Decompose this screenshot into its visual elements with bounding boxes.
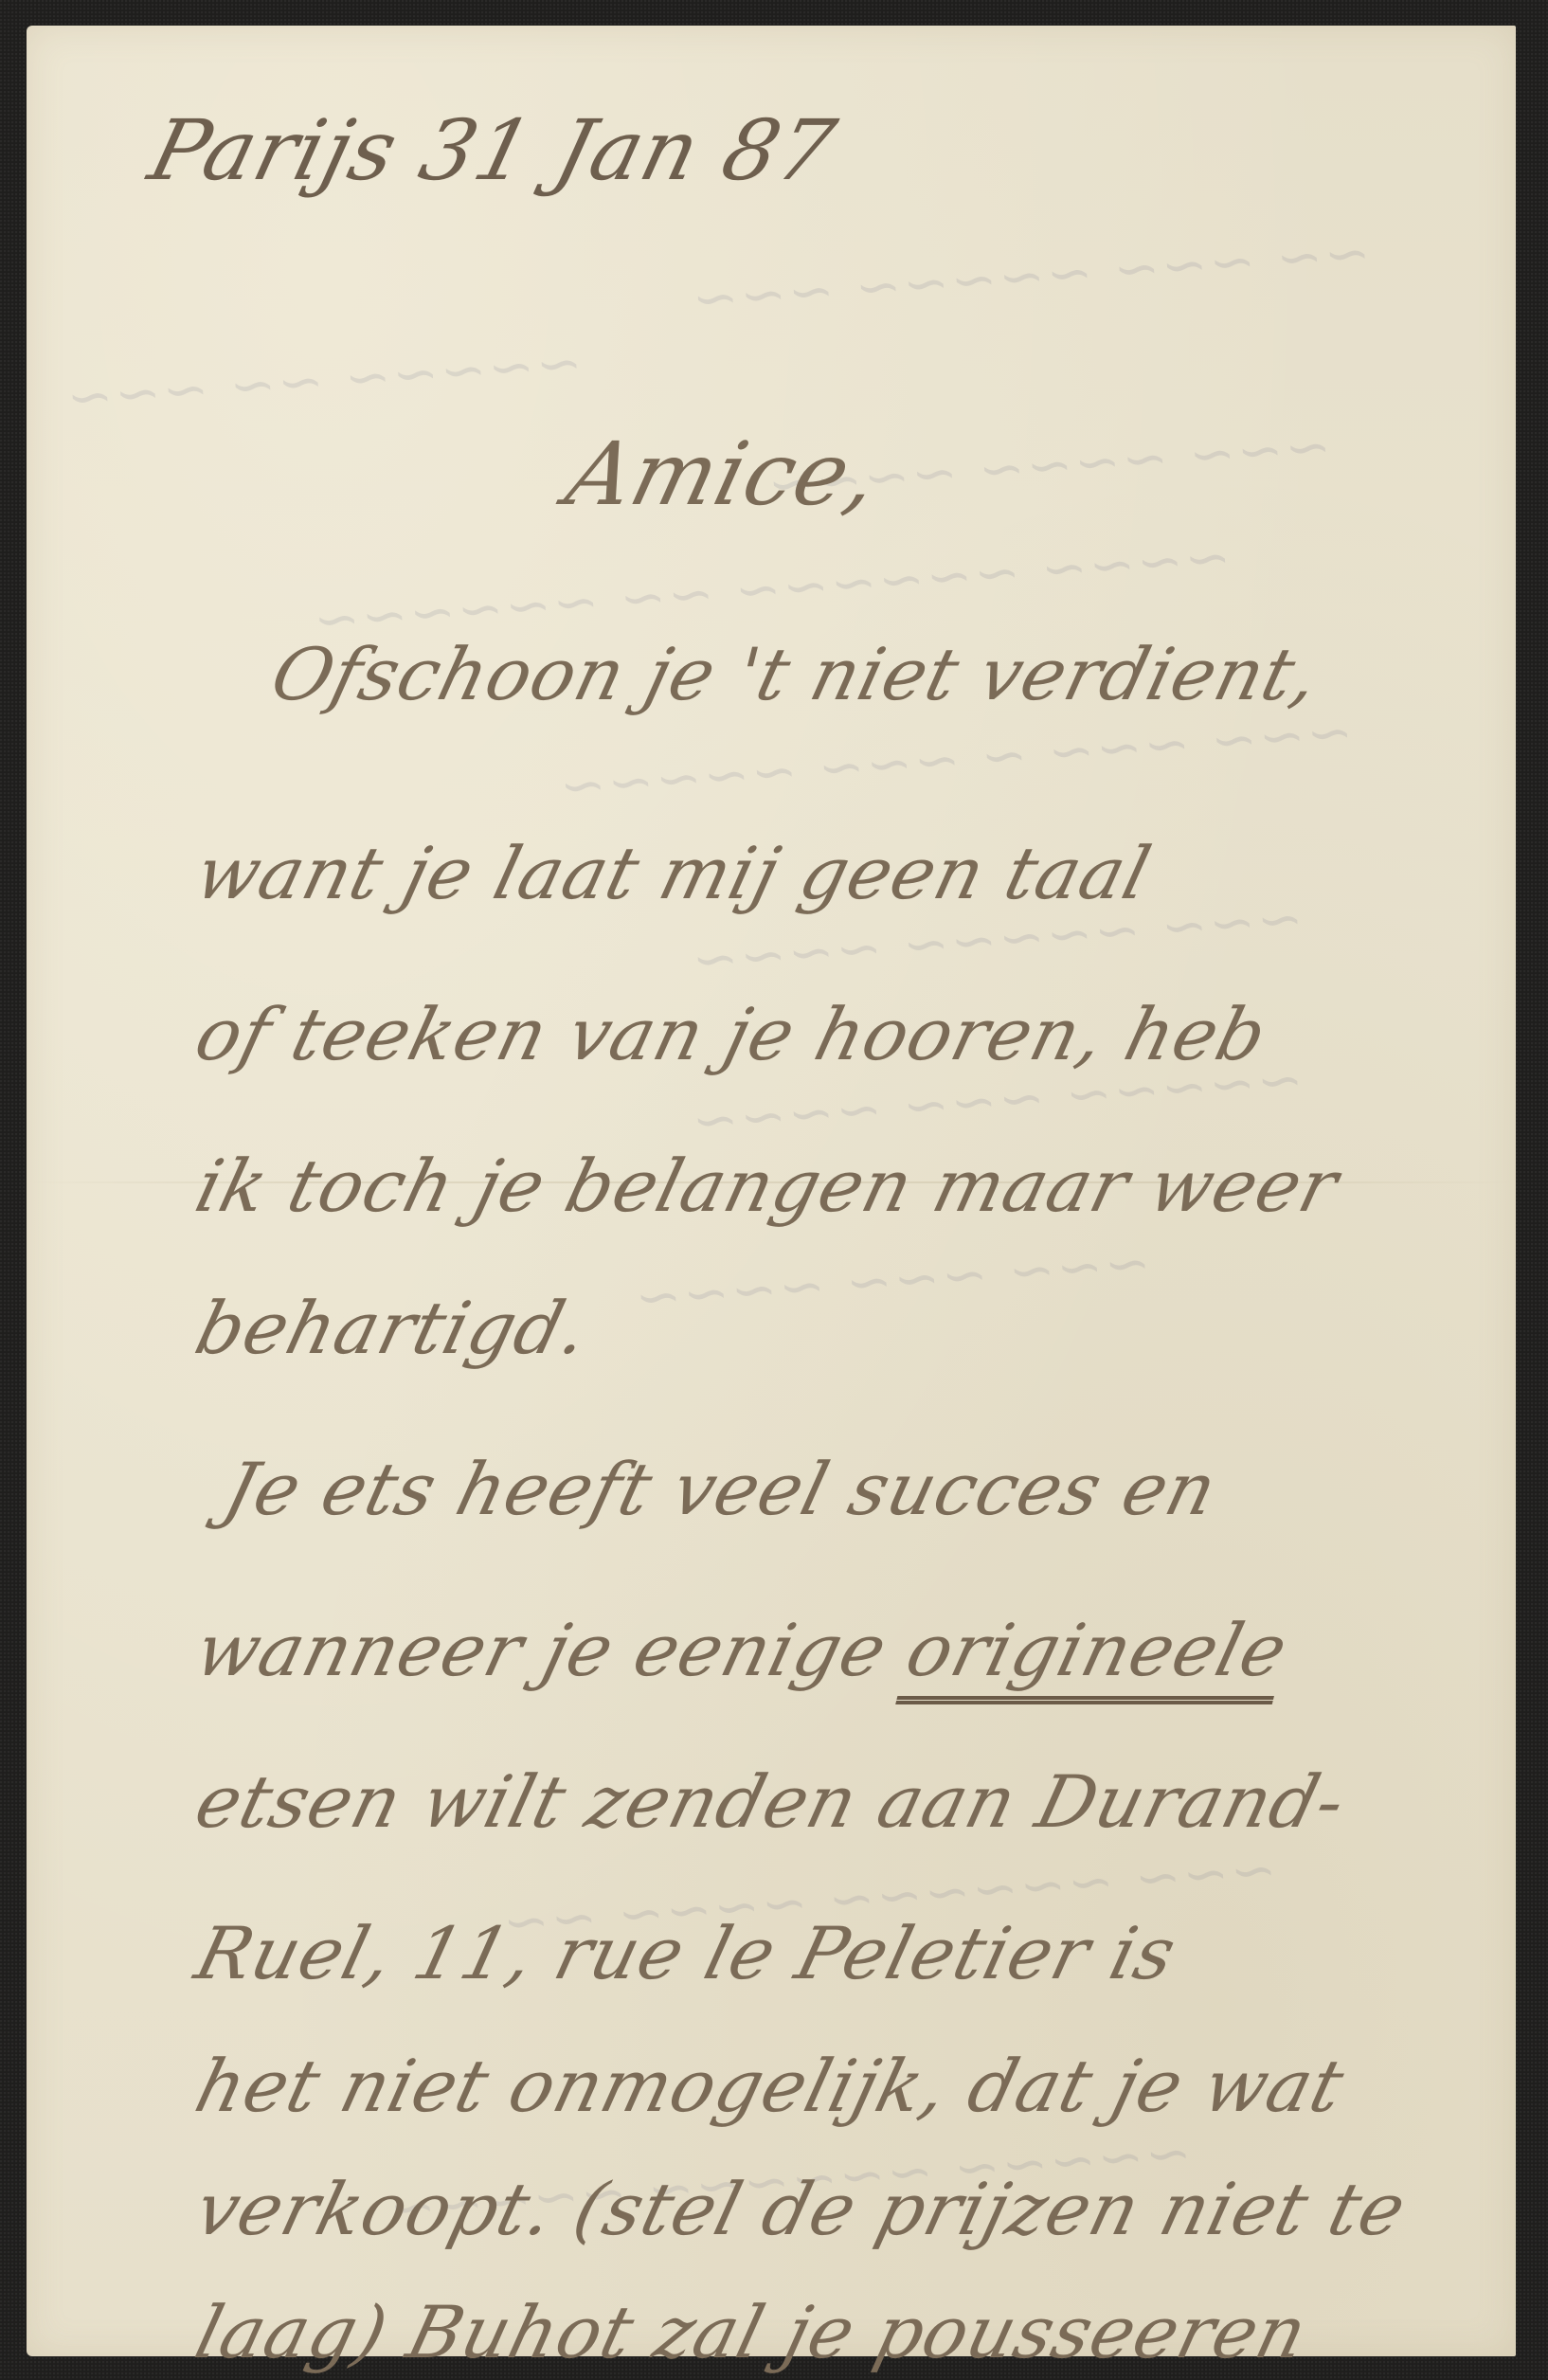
letter-line-text: wanneer je eenige bbox=[188, 1608, 895, 1692]
letter-dateline: Parijs 31 Jan 87 bbox=[140, 101, 845, 199]
scan-background: ~~ ~~~ ~~~~~ ~~~ ~~~~~ ~~ ~~~ ~~~ ~~~~ ~… bbox=[0, 0, 1548, 2380]
letter-line: etsen wilt zenden aan Durand- bbox=[188, 1759, 1354, 1844]
letter-line: want je laat mij geen taal bbox=[188, 831, 1160, 915]
letter-line: verkoopt. (stel de prijzen niet te bbox=[188, 2167, 1414, 2251]
letter-page: ~~ ~~~ ~~~~~ ~~~ ~~~~~ ~~ ~~~ ~~~ ~~~~ ~… bbox=[27, 26, 1516, 2356]
letter-line: Ruel, 11, rue le Peletier is bbox=[188, 1911, 1184, 1995]
underlined-word: origineele bbox=[898, 1608, 1296, 1692]
bleed-through-strokes: ~~~ ~~~ ~ ~~~ ~~~~~ bbox=[556, 699, 1355, 819]
letter-line: Je ets heeft veel succes en bbox=[216, 1447, 1226, 1531]
letter-line: laag) Buhot zal je pousseeren bbox=[188, 2290, 1316, 2374]
letter-line: of teeken van je hooren, heb bbox=[188, 992, 1276, 1076]
letter-line: het niet onmogelijk, dat je wat bbox=[188, 2044, 1353, 2128]
bleed-through-strokes: ~~~ ~~~ ~~~~ bbox=[631, 1230, 1152, 1330]
bleed-through-strokes: ~~~~~ ~~ ~~~ bbox=[63, 330, 584, 430]
bleed-through-strokes: ~~ ~~~ ~~~~~ ~~~ bbox=[689, 220, 1373, 332]
letter-line: behartigd. bbox=[188, 1286, 598, 1370]
letter-line: ik toch je belangen maar weer bbox=[188, 1144, 1347, 1228]
letter-line: wanneer je eenige origineele bbox=[188, 1608, 1296, 1692]
letter-line: Ofschoon je 't niet verdient, bbox=[263, 632, 1328, 716]
letter-greeting: Amice, bbox=[557, 424, 890, 525]
